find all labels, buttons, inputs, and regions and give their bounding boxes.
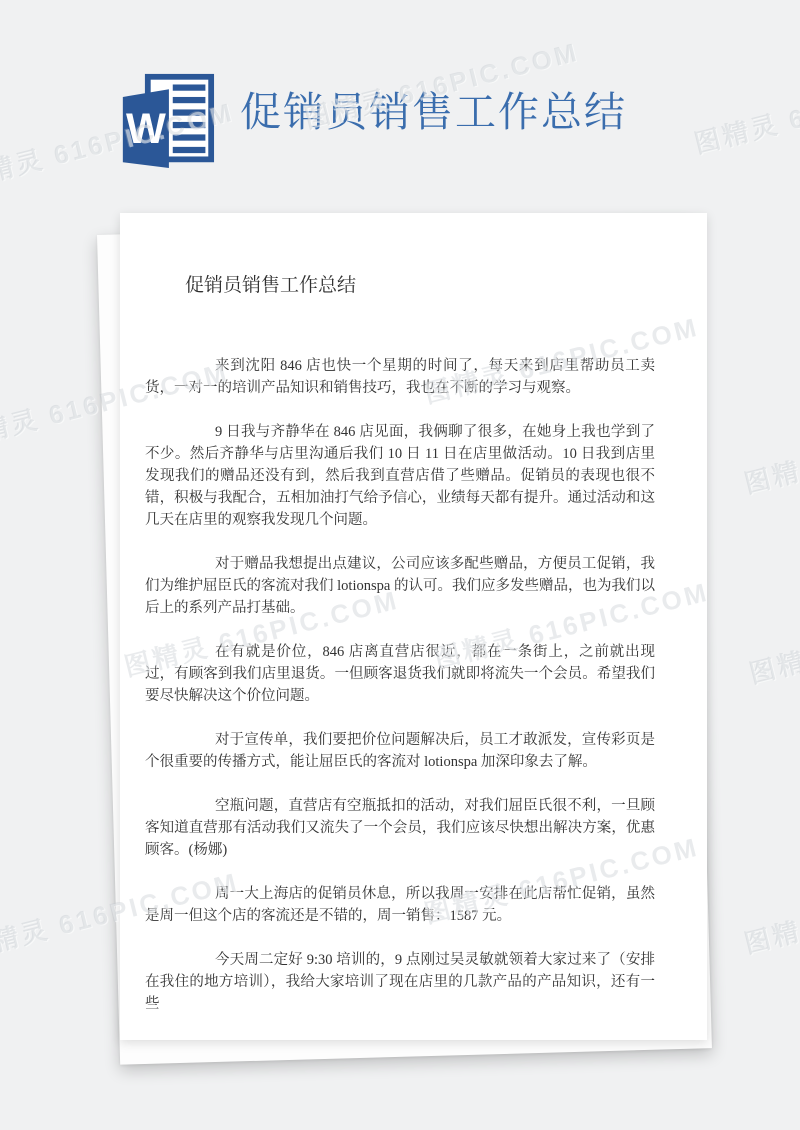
- page-title: 促销员销售工作总结: [240, 86, 627, 138]
- document-paragraph: 来到沈阳 846 店也快一个星期的时间了，每天来到店里帮助员工卖货，一对一的培训…: [145, 355, 655, 399]
- watermark-text: 图精灵 616PIC.COM: [740, 857, 800, 961]
- watermark-text: 图精灵 616PIC.COM: [740, 397, 800, 501]
- document-paragraph: 9 日我与齐静华在 846 店见面，我俩聊了很多，在她身上我也学到了不少。然后齐…: [145, 421, 655, 531]
- document-paragraph: 对于赠品我想提出点建议，公司应该多配些赠品，方便员工促销，我们为维护屈臣氏的客流…: [145, 553, 655, 619]
- document-paragraph: 周一大上海店的促销员休息，所以我周一安排在此店帮忙促销，虽然是周一但这个店的客流…: [145, 883, 655, 927]
- document-paragraph: 在有就是价位，846 店离直营店很近，都在一条街上，之前就出现过，有顾客到我们店…: [145, 641, 655, 707]
- word-icon: W: [118, 72, 216, 168]
- watermark-text: 图精灵 616PIC.COM: [745, 587, 800, 691]
- document-page: 促销员销售工作总结 来到沈阳 846 店也快一个星期的时间了，每天来到店里帮助员…: [120, 213, 707, 1040]
- document-paragraph: 空瓶问题，直营店有空瓶抵扣的活动，对我们屈臣氏很不利，一旦顾客知道直营那有活动我…: [145, 795, 655, 861]
- word-icon-letter: W: [126, 105, 166, 152]
- document-title: 促销员销售工作总结: [185, 273, 655, 299]
- document-paragraph: 今天周二定好 9:30 培训的，9 点刚过吴灵敏就领着大家过来了（安排在我住的地…: [145, 949, 655, 1015]
- watermark-text: 图精灵 616PIC.COM: [690, 57, 800, 161]
- document-paragraph: 对于宣传单，我们要把价位问题解决后，员工才敢派发，宣传彩页是个很重要的传播方式，…: [145, 729, 655, 773]
